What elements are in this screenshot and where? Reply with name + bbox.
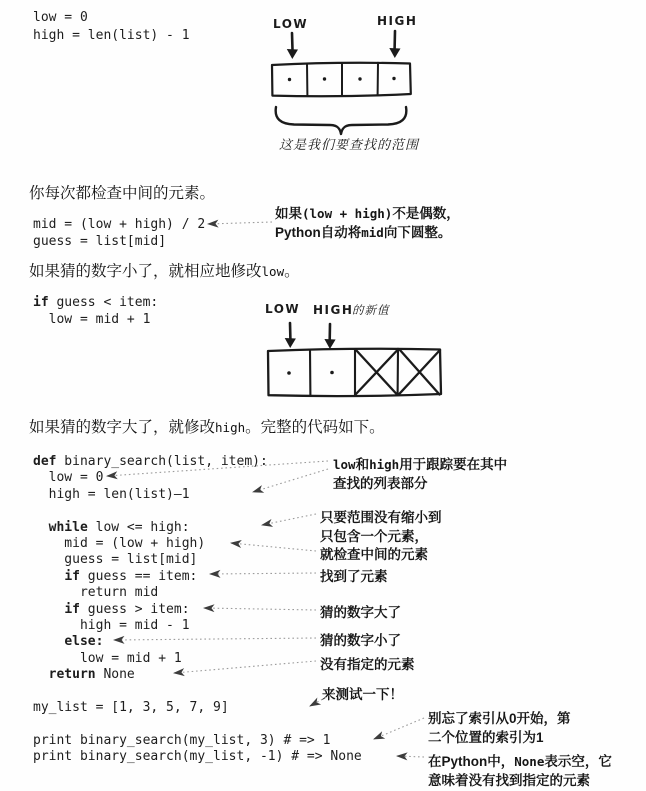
text-line: high = len(list)–1	[33, 487, 362, 503]
text-line: high = len(list) - 1	[33, 27, 190, 45]
text-line: 查找的列表部分	[333, 474, 507, 493]
text-line: print binary_search(my_list, -1) # => No…	[33, 749, 362, 765]
arrow-down-icon	[389, 31, 400, 58]
text-line: low = mid + 1	[33, 651, 362, 667]
text-line: 只要范围没有缩小到	[320, 508, 442, 527]
dotted-arrow-connector	[374, 718, 424, 739]
annotation-item-missing: 没有指定的元素	[320, 655, 415, 674]
text-line: 猜的数字小了	[320, 631, 401, 650]
text-line: while low <= high:	[33, 520, 362, 536]
text-line: 如果猜的数字小了，就相应地修改low。	[29, 259, 300, 281]
array-cells	[272, 63, 411, 96]
code-block-init: low = 0high = len(list) - 1	[33, 9, 190, 44]
text-line: 在Python中，None表示空，它	[428, 752, 612, 771]
body-paragraph: 如果猜的数字小了，就相应地修改low。	[29, 259, 300, 281]
arrow-down-icon	[324, 324, 335, 349]
annotation-found-item: 找到了元素	[320, 567, 388, 586]
text-line: print binary_search(my_list, 3) # => 1	[33, 733, 362, 749]
brace-icon	[276, 107, 407, 134]
crossed-out-cell	[400, 350, 441, 395]
text-line: 你每次都检查中间的元素。	[29, 181, 215, 203]
text-line: 如果猜的数字大了，就修改high。完整的代码如下。	[29, 415, 385, 437]
code-block-mid: mid = (low + high) / 2guess = list[mid]	[33, 216, 205, 250]
text-line: 二个位置的索引为1	[428, 728, 571, 747]
text-line: guess = list[mid]	[33, 233, 205, 250]
diagram-caption: 这是我们要查找的范围	[279, 138, 420, 153]
annotation-index-from-zero: 别忘了索引从0开始，第二个位置的索引为1	[428, 709, 571, 747]
low-pointer-label: LOW	[273, 17, 308, 31]
text-line: low和high用于跟踪要在其中	[333, 455, 507, 474]
text-line: 猜的数字大了	[320, 603, 401, 622]
text-line: if guess < item:	[33, 294, 158, 311]
code-block-binary-search: def binary_search(list, item): low = 0 h…	[33, 454, 362, 766]
text-line: low = 0	[33, 9, 190, 27]
text-line: def binary_search(list, item):	[33, 454, 362, 470]
text-line: 找到了元素	[320, 567, 388, 586]
text-line: if guess > item:	[33, 602, 362, 618]
hand-drawn-new-high-diagram: LOW HIGH 的新值	[255, 295, 450, 403]
crossed-out-cell	[356, 350, 397, 395]
text-line: Python自动将mid向下圆整。	[275, 223, 460, 242]
high-suffix-label: 的新值	[352, 303, 390, 317]
text-line: mid = (low + high) / 2	[33, 216, 205, 233]
code-block-cond: if guess < item: low = mid + 1	[33, 294, 158, 328]
text-line: 只包含一个元素，	[320, 527, 442, 546]
high-pointer-label: HIGH	[377, 14, 417, 28]
text-line	[33, 717, 362, 733]
text-line: 如果(low + high)不是偶数，	[275, 204, 460, 223]
text-line: return mid	[33, 585, 362, 601]
text-line: if guess == item:	[33, 569, 362, 585]
annotation-low-high-track: low和high用于跟踪要在其中查找的列表部分	[333, 455, 507, 493]
body-paragraph: 如果猜的数字大了，就修改high。完整的代码如下。	[29, 415, 385, 437]
dotted-arrow-connector	[397, 756, 424, 757]
arrow-down-icon	[287, 33, 298, 59]
annotation-guess-too-big: 猜的数字大了	[320, 603, 401, 622]
array-cells	[268, 349, 441, 396]
text-line: 别忘了索引从0开始，第	[428, 709, 571, 728]
hand-drawn-range-diagram: LOW HIGH 这是我们要查找的范围	[250, 8, 445, 156]
text-line: low = 0	[33, 470, 362, 486]
arrow-down-icon	[285, 323, 296, 348]
text-line: else:	[33, 634, 362, 650]
dotted-arrow-connector	[208, 222, 272, 224]
annotation-guess-too-small: 猜的数字小了	[320, 631, 401, 650]
text-line: 意味着没有找到指定的元素	[428, 771, 612, 790]
text-line: 没有指定的元素	[320, 655, 415, 674]
text-line: guess = list[mid]	[33, 552, 362, 568]
text-line: high = mid - 1	[33, 618, 362, 634]
body-paragraph: 你每次都检查中间的元素。	[29, 181, 215, 203]
annotation-while-range: 只要范围没有缩小到只包含一个元素，	[320, 508, 442, 546]
high-pointer-label: HIGH	[313, 303, 353, 317]
annotation-none-means-empty: 在Python中，None表示空，它意味着没有找到指定的元素	[428, 752, 612, 790]
text-line: mid = (low + high)	[33, 536, 362, 552]
text-line: 来测试一下！	[322, 685, 403, 704]
text-line: return None	[33, 667, 362, 683]
book-page: low = 0high = len(list) - 1 LOW HIGH 这是我…	[0, 0, 646, 791]
annotation-lets-test: 来测试一下！	[322, 685, 403, 704]
text-line	[33, 503, 362, 519]
text-line: my_list = [1, 3, 5, 7, 9]	[33, 700, 362, 716]
annotation-check-middle: 就检查中间的元素	[320, 545, 428, 564]
text-line	[33, 684, 362, 700]
annotation-round-down: 如果(low + high)不是偶数，Python自动将mid向下圆整。	[275, 204, 460, 242]
low-pointer-label: LOW	[265, 302, 300, 316]
text-line: 就检查中间的元素	[320, 545, 428, 564]
text-line: low = mid + 1	[33, 311, 158, 328]
